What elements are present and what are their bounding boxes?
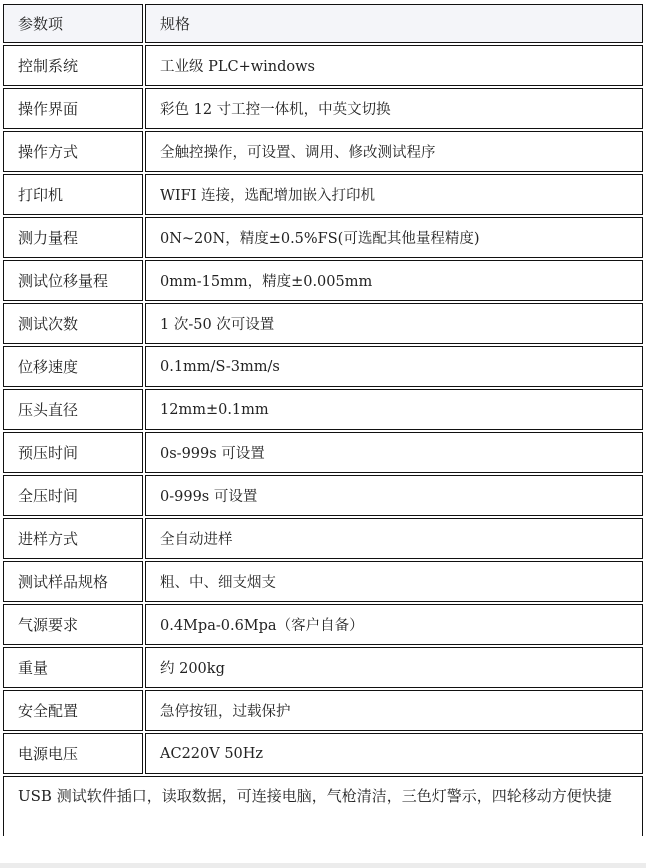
table-note-row: USB 测试软件插口，读取数据，可连接电脑，气枪清洁，三色灯警示，四轮移动方便快… bbox=[3, 776, 643, 836]
table-row: 压头直径 12mm±0.1mm bbox=[3, 389, 643, 430]
table-row: 打印机 WIFI 连接，选配增加嵌入打印机 bbox=[3, 174, 643, 215]
table-row: 全压时间 0-999s 可设置 bbox=[3, 475, 643, 516]
spec-value: 约 200kg bbox=[145, 647, 643, 688]
spec-value: 1 次-50 次可设置 bbox=[145, 303, 643, 344]
param-label: 测试位移量程 bbox=[3, 260, 143, 301]
spec-value: 0-999s 可设置 bbox=[145, 475, 643, 516]
param-label: 压头直径 bbox=[3, 389, 143, 430]
table-row: 测力量程 0N~20N，精度±0.5%FS(可选配其他量程精度) bbox=[3, 217, 643, 258]
table-header-row: 参数项 规格 bbox=[3, 4, 643, 43]
spec-value: 全触控操作，可设置、调用、修改测试程序 bbox=[145, 131, 643, 172]
page-bottom-edge bbox=[0, 863, 646, 868]
table-row: 操作方式 全触控操作，可设置、调用、修改测试程序 bbox=[3, 131, 643, 172]
param-label: 操作界面 bbox=[3, 88, 143, 129]
spec-value: WIFI 连接，选配增加嵌入打印机 bbox=[145, 174, 643, 215]
table-row: 测试样品规格 粗、中、细支烟支 bbox=[3, 561, 643, 602]
param-label: 进样方式 bbox=[3, 518, 143, 559]
spec-value: 粗、中、细支烟支 bbox=[145, 561, 643, 602]
param-label: 预压时间 bbox=[3, 432, 143, 473]
spec-value: 0N~20N，精度±0.5%FS(可选配其他量程精度) bbox=[145, 217, 643, 258]
param-label: 全压时间 bbox=[3, 475, 143, 516]
spec-value: 12mm±0.1mm bbox=[145, 389, 643, 430]
param-label: 安全配置 bbox=[3, 690, 143, 731]
table-row: 气源要求 0.4Mpa-0.6Mpa（客户自备） bbox=[3, 604, 643, 645]
spec-table: 参数项 规格 控制系统 工业级 PLC+windows 操作界面 彩色 12 寸… bbox=[1, 2, 645, 838]
spec-value: 彩色 12 寸工控一体机，中英文切换 bbox=[145, 88, 643, 129]
param-label: 操作方式 bbox=[3, 131, 143, 172]
param-label: 测力量程 bbox=[3, 217, 143, 258]
param-label: 打印机 bbox=[3, 174, 143, 215]
table-row: 位移速度 0.1mm/S-3mm/s bbox=[3, 346, 643, 387]
spec-value: AC220V 50Hz bbox=[145, 733, 643, 774]
spec-value: 急停按钮，过载保护 bbox=[145, 690, 643, 731]
param-label: 位移速度 bbox=[3, 346, 143, 387]
spec-value: 0.4Mpa-0.6Mpa（客户自备） bbox=[145, 604, 643, 645]
table-row: 操作界面 彩色 12 寸工控一体机，中英文切换 bbox=[3, 88, 643, 129]
table-row: 安全配置 急停按钮，过载保护 bbox=[3, 690, 643, 731]
table-row: 预压时间 0s-999s 可设置 bbox=[3, 432, 643, 473]
param-label: 控制系统 bbox=[3, 45, 143, 86]
spec-value: 工业级 PLC+windows bbox=[145, 45, 643, 86]
header-param: 参数项 bbox=[3, 4, 143, 43]
spec-value: 0mm-15mm，精度±0.005mm bbox=[145, 260, 643, 301]
param-label: 气源要求 bbox=[3, 604, 143, 645]
spec-value: 全自动进样 bbox=[145, 518, 643, 559]
table-row: 测试位移量程 0mm-15mm，精度±0.005mm bbox=[3, 260, 643, 301]
table-row: 控制系统 工业级 PLC+windows bbox=[3, 45, 643, 86]
param-label: 测试次数 bbox=[3, 303, 143, 344]
spec-value: 0s-999s 可设置 bbox=[145, 432, 643, 473]
table-note: USB 测试软件插口，读取数据，可连接电脑，气枪清洁，三色灯警示，四轮移动方便快… bbox=[3, 776, 643, 836]
table-row: 进样方式 全自动进样 bbox=[3, 518, 643, 559]
param-label: 重量 bbox=[3, 647, 143, 688]
table-row: 重量 约 200kg bbox=[3, 647, 643, 688]
table-row: 电源电压 AC220V 50Hz bbox=[3, 733, 643, 774]
header-spec: 规格 bbox=[145, 4, 643, 43]
spec-value: 0.1mm/S-3mm/s bbox=[145, 346, 643, 387]
table-row: 测试次数 1 次-50 次可设置 bbox=[3, 303, 643, 344]
param-label: 测试样品规格 bbox=[3, 561, 143, 602]
param-label: 电源电压 bbox=[3, 733, 143, 774]
